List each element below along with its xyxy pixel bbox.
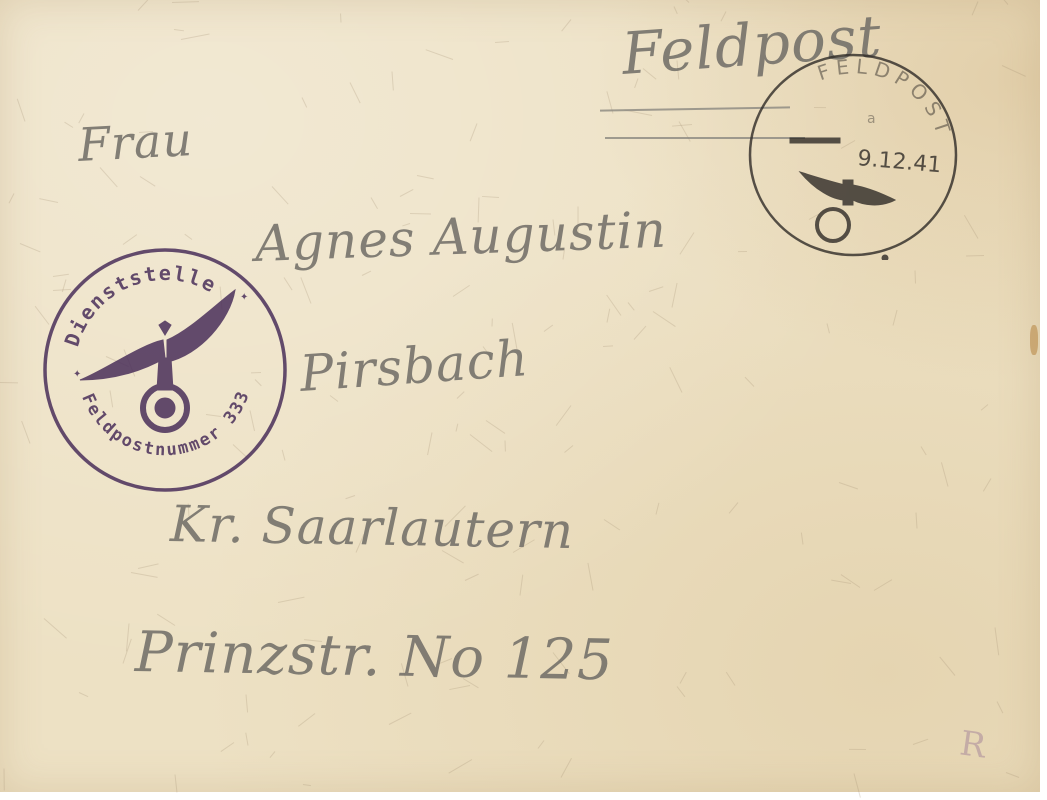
paper-stain [1030,325,1038,355]
svg-text:✦: ✦ [73,369,81,380]
recipient-district: Kr. Saarlautern [169,495,574,560]
salutation: Frau [77,112,195,172]
recipient-name: Agnes Augustin [254,201,668,273]
postmark: FELDPOST a 9.12.41 [745,50,960,260]
postmark-date: 9.12.41 [856,146,942,178]
postmark-bar [790,138,840,143]
envelope: Feldpost Frau Agnes Augustin Pirsbach Kr… [0,0,1040,792]
postmark-arc-text: FELDPOST [814,54,957,142]
corner-annotation: R [957,723,988,766]
unit-stamp: Dienststelle Feldpostnummer 33369 ✦ ✦ [35,240,295,500]
recipient-town: Pirsbach [298,329,531,403]
recipient-street: Prinzstr. No 125 [134,620,614,693]
eagle-icon [800,172,895,241]
postmark-letter-code: a [867,111,876,127]
svg-text:✦: ✦ [240,292,248,303]
svg-text:FELDPOST: FELDPOST [814,54,957,142]
